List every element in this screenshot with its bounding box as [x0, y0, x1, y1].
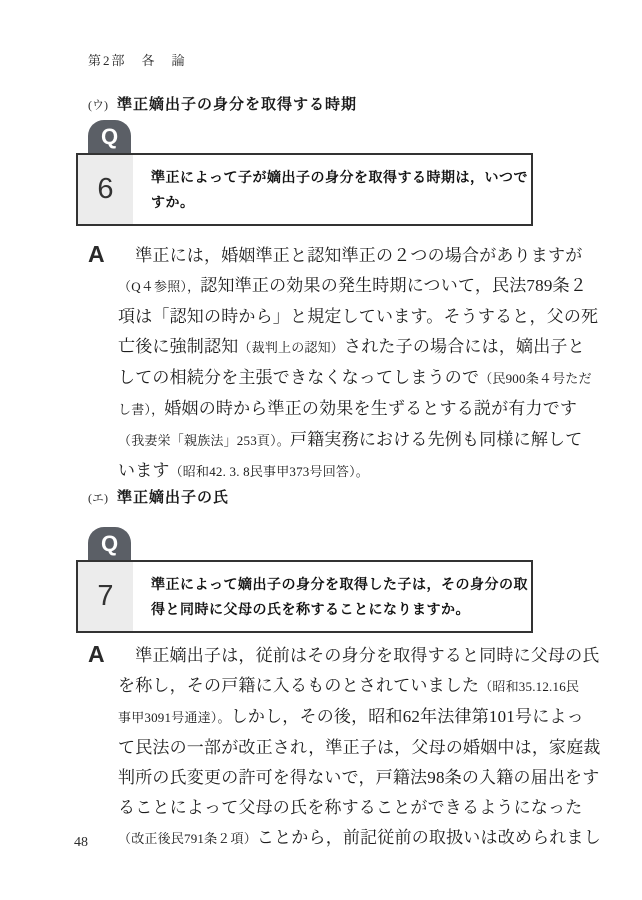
section-title: 準正嫡出子の身分を取得する時期	[117, 97, 357, 113]
question-block-6: Q 6 準正によって子が嫡出子の身分を取得する時期は，いつですか。	[76, 120, 533, 226]
text-segment: て民法の一部が改正され，準正子は，父母の婚姻中は，家庭裁	[118, 738, 601, 757]
answer-line: 判所の氏変更の許可を得ないで，戸籍法98条の入籍の届出をす	[118, 763, 558, 793]
text-segment: ることによって父母の氏を称することができるようになった	[118, 798, 582, 817]
answer-line: て民法の一部が改正され，準正子は，父母の婚姻中は，家庭裁	[118, 733, 558, 763]
text-segment: います	[118, 461, 170, 480]
answer-block-6: A 準正には，婚姻準正と認知準正の２つの場合がありますが（Q４参照），認知準正の…	[88, 241, 558, 487]
question-line: すか。	[151, 190, 528, 215]
question-number: 6	[78, 155, 133, 224]
answer-line: （Q４参照），認知準正の効果の発生時期について，民法789条２	[118, 271, 558, 302]
text-segment: 準正嫡出子は，従前はその身分を取得すると同時に父母の氏	[118, 646, 600, 665]
answer-line: ることによって父母の氏を称することができるようになった	[118, 793, 558, 823]
text-segment: 判所の氏変更の許可を得ないで，戸籍法98条の入籍の届出をす	[118, 768, 599, 787]
question-line: 準正によって子が嫡出子の身分を取得する時期は，いつで	[151, 165, 528, 190]
text-segment: 戸籍実務における先例も同様に解して	[290, 430, 582, 449]
text-segment: 項は「認知の時から」と規定しています。そうすると，父の死	[118, 307, 598, 326]
question-number: 7	[78, 562, 133, 631]
answer-line: し書），婚姻の時から準正の効果を生ずるとする説が有力です	[118, 394, 558, 425]
section-heading-u: (ウ)準正嫡出子の身分を取得する時期	[88, 93, 357, 114]
text-segment: 婚姻の時から準正の効果を生ずるとする説が有力です	[164, 399, 577, 418]
answer-marker: A	[88, 643, 105, 666]
answer-line: 準正には，婚姻準正と認知準正の２つの場合がありますが	[118, 241, 558, 271]
text-segment: 亡後に強制認知	[118, 337, 238, 356]
question-line: 得と同時に父母の氏を称することになりますか。	[151, 597, 528, 622]
answer-line: を称し，その戸籍に入るものとされていました（昭和35.12.16民	[118, 671, 558, 702]
section-title: 準正嫡出子の氏	[117, 490, 229, 506]
text-segment: （Q４参照），	[118, 279, 200, 294]
question-text: 準正によって嫡出子の身分を取得した子は，その身分の取得と同時に父母の氏を称するこ…	[133, 562, 540, 631]
text-segment: を称し，その戸籍に入るものとされていました	[118, 676, 479, 695]
answer-line: 事甲3091号通達）。しかし，その後，昭和62年法律第101号によっ	[118, 702, 558, 733]
question-block-7: Q 7 準正によって嫡出子の身分を取得した子は，その身分の取得と同時に父母の氏を…	[76, 527, 533, 633]
section-label: (エ)	[88, 491, 108, 505]
answer-block-7: A 準正嫡出子は，従前はその身分を取得すると同時に父母の氏を称し，その戸籍に入る…	[88, 641, 558, 854]
answer-text: 準正には，婚姻準正と認知準正の２つの場合がありますが（Q４参照），認知準正の効果…	[118, 241, 558, 487]
answer-text: 準正嫡出子は，従前はその身分を取得すると同時に父母の氏を称し，その戸籍に入るもの…	[118, 641, 558, 854]
question-line: 準正によって嫡出子の身分を取得した子は，その身分の取	[151, 572, 528, 597]
answer-line: 準正嫡出子は，従前はその身分を取得すると同時に父母の氏	[118, 641, 558, 671]
text-segment: 認知準正の効果の発生時期について，民法789条２	[200, 276, 587, 295]
text-segment: （昭和35.12.16民	[479, 679, 579, 694]
answer-line: います（昭和42. 3. 8民事甲373号回答）。	[118, 456, 558, 487]
question-box: 7 準正によって嫡出子の身分を取得した子は，その身分の取得と同時に父母の氏を称す…	[76, 560, 533, 633]
question-text: 準正によって子が嫡出子の身分を取得する時期は，いつですか。	[133, 155, 540, 224]
page-number: 48	[74, 835, 88, 851]
text-segment: しての相続分を主張できなくなってしまうので	[118, 368, 479, 387]
text-segment: （昭和42. 3. 8民事甲373号回答）。	[170, 464, 369, 479]
text-segment: ことから，前記従前の取扱いは改められまし	[257, 828, 601, 847]
section-label: (ウ)	[88, 98, 108, 112]
text-segment: （我妻栄「親族法」253頁）。	[118, 433, 290, 448]
text-segment: された子の場合には，嫡出子と	[344, 337, 585, 356]
answer-line: 項は「認知の時から」と規定しています。そうすると，父の死	[118, 302, 558, 332]
answer-marker: A	[88, 243, 105, 266]
document-page: 第2部 各 論 (ウ)準正嫡出子の身分を取得する時期 Q 6 準正によって子が嫡…	[0, 0, 642, 900]
q-badge-icon: Q	[88, 527, 131, 560]
answer-line: 亡後に強制認知（裁判上の認知）された子の場合には，嫡出子と	[118, 332, 558, 363]
text-segment: （裁判上の認知）	[238, 340, 344, 355]
section-heading-e: (エ)準正嫡出子の氏	[88, 486, 229, 507]
text-segment: しかし，その後，昭和62年法律第101号によっ	[231, 707, 584, 726]
text-segment: し書），	[118, 402, 164, 417]
running-header: 第2部 各 論	[88, 50, 187, 69]
text-segment: （改正後民791条２項）	[118, 831, 257, 846]
text-segment: 事甲3091号通達）。	[118, 710, 231, 725]
text-segment: （民900条４号ただ	[479, 371, 592, 386]
answer-line: （我妻栄「親族法」253頁）。戸籍実務における先例も同様に解して	[118, 425, 558, 456]
question-box: 6 準正によって子が嫡出子の身分を取得する時期は，いつですか。	[76, 153, 533, 226]
text-segment: 準正には，婚姻準正と認知準正の２つの場合がありますが	[118, 246, 582, 265]
answer-line: （改正後民791条２項）ことから，前記従前の取扱いは改められまし	[118, 823, 558, 854]
q-badge-icon: Q	[88, 120, 131, 153]
answer-line: しての相続分を主張できなくなってしまうので（民900条４号ただ	[118, 363, 558, 394]
